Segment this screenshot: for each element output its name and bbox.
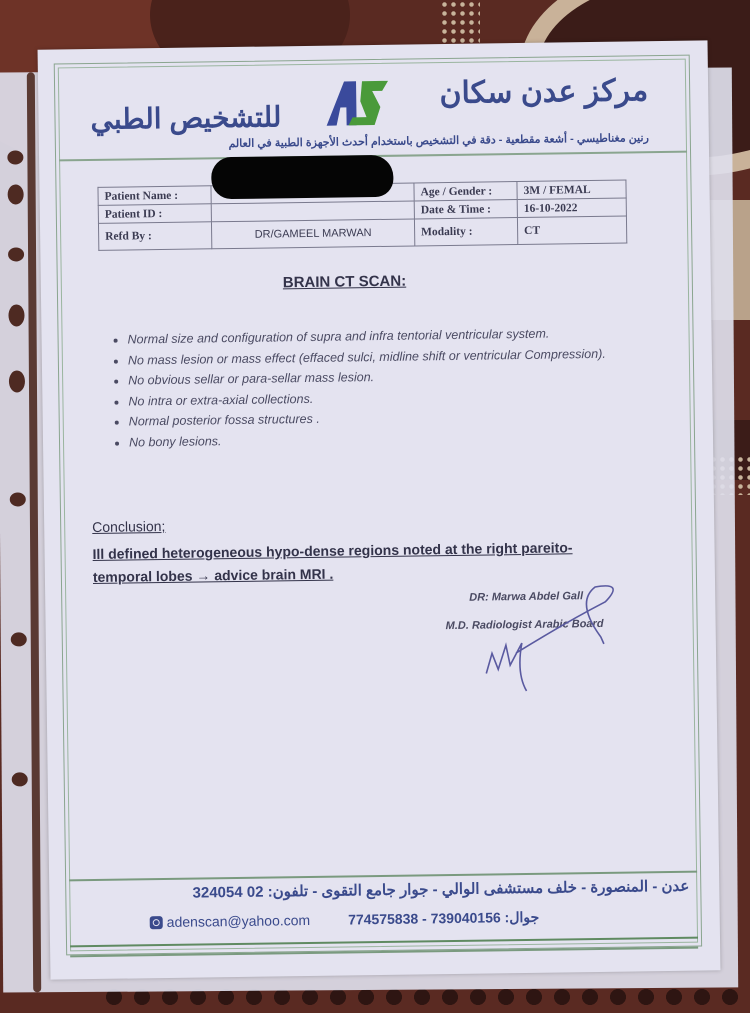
patient-name-label: Patient Name : — [98, 186, 211, 206]
modality-value: CT — [517, 216, 626, 245]
punch-hole — [8, 247, 24, 261]
punch-hole — [7, 150, 23, 164]
footer-email: adenscan@yahoo.com — [167, 912, 311, 930]
center-logo-icon — [322, 77, 393, 128]
punch-hole — [9, 370, 25, 392]
email-icon — [150, 916, 163, 929]
punch-hole — [8, 304, 24, 326]
refd-by-label: Refd By : — [98, 222, 211, 251]
refd-by-value: DR/GAMEEL MARWAN — [211, 219, 414, 249]
punch-hole — [11, 632, 27, 646]
center-name: مركز عدن سكان — [439, 73, 648, 111]
punch-hole — [8, 184, 24, 204]
report-title: BRAIN CT SCAN: — [283, 273, 407, 292]
redaction-mark — [211, 155, 394, 200]
age-gender-value: 3M / FEMAL — [517, 180, 626, 200]
signature-icon — [475, 582, 617, 694]
date-time-label: Date & Time : — [414, 200, 517, 219]
footer-mobile: 774575838 - 739040156 :جوال — [348, 909, 539, 928]
patient-id-label: Patient ID : — [98, 204, 211, 224]
age-gender-label: Age / Gender : — [414, 182, 517, 201]
report-paper: مركز عدن سكان للتشخيص الطبي رنين مغناطيس… — [38, 40, 721, 979]
conclusion-text: Ill defined heterogeneous hypo-dense reg… — [92, 536, 593, 589]
modality-label: Modality : — [414, 218, 517, 246]
date-time-value: 16-10-2022 — [517, 198, 626, 218]
conclusion-label: Conclusion; — [92, 518, 165, 535]
center-subtitle: للتشخيص الطبي — [90, 100, 281, 136]
letterhead: مركز عدن سكان للتشخيص الطبي رنين مغناطيس… — [68, 67, 669, 157]
punch-hole — [10, 492, 26, 506]
findings-list: Normal size and configuration of supra a… — [109, 324, 629, 454]
punch-hole — [12, 772, 28, 786]
